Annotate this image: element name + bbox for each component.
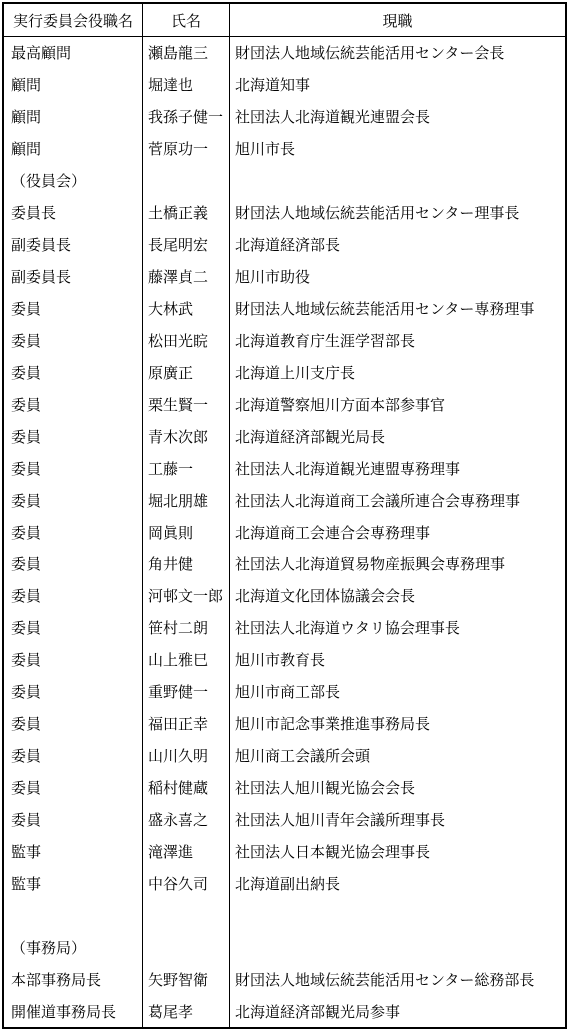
- position-cell: [4, 899, 143, 931]
- position-cell: （役員会）: [4, 165, 143, 197]
- table-row: 委員福田正幸旭川市記念事業推進事務局長: [4, 708, 565, 740]
- name-cell: 福田正幸: [143, 708, 230, 740]
- name-cell: 栗生賢一: [143, 388, 230, 420]
- table-row: 顧問我孫子健一社団法人北海道観光連盟会長: [4, 101, 565, 133]
- title-cell: 北海道文化団体協議会会長: [230, 580, 565, 612]
- position-cell: 委員: [4, 293, 143, 325]
- position-cell: 副委員長: [4, 261, 143, 293]
- title-cell: 社団法人北海道商工会議所連合会専務理事: [230, 484, 565, 516]
- name-cell: 山川久明: [143, 740, 230, 772]
- title-cell: 旭川商工会議所会頭: [230, 740, 565, 772]
- name-cell: 笹村二朗: [143, 612, 230, 644]
- title-cell: 社団法人日本観光協会理事長: [230, 835, 565, 867]
- table-row-section-label: （役員会）: [4, 165, 565, 197]
- table-row: 委員河邨文一郎北海道文化団体協議会会長: [4, 580, 565, 612]
- table-row: 委員盛永喜之社団法人旭川青年会議所理事長: [4, 804, 565, 836]
- position-cell: 委員: [4, 452, 143, 484]
- name-cell: 菅原功一: [143, 133, 230, 165]
- name-cell: 河邨文一郎: [143, 580, 230, 612]
- position-cell: 監事: [4, 867, 143, 899]
- table-row: 監事中谷久司北海道副出納長: [4, 867, 565, 899]
- table-row: 監事滝澤進社団法人日本観光協会理事長: [4, 835, 565, 867]
- position-cell: 委員: [4, 676, 143, 708]
- name-cell: 原廣正: [143, 356, 230, 388]
- title-cell: [230, 931, 565, 963]
- name-cell: 松田光睆: [143, 324, 230, 356]
- position-cell: 顧問: [4, 69, 143, 101]
- title-cell: 北海道上川支庁長: [230, 356, 565, 388]
- name-cell: 岡眞則: [143, 516, 230, 548]
- position-cell: 委員: [4, 388, 143, 420]
- title-cell: 北海道経済部観光局参事: [230, 995, 565, 1027]
- name-cell: 大林武: [143, 293, 230, 325]
- table-row: 委員稲村健蔵社団法人旭川観光協会会長: [4, 772, 565, 804]
- title-cell: 旭川市記念事業推進事務局長: [230, 708, 565, 740]
- position-cell: 委員: [4, 708, 143, 740]
- title-cell: 旭川市長: [230, 133, 565, 165]
- title-cell: 社団法人北海道観光連盟会長: [230, 101, 565, 133]
- title-cell: 社団法人北海道ウタリ協会理事長: [230, 612, 565, 644]
- header-cell-name: 氏名: [143, 4, 230, 36]
- name-cell: 山上雅巳: [143, 644, 230, 676]
- header-cell-title: 現職: [230, 4, 565, 36]
- position-cell: 委員: [4, 484, 143, 516]
- table-row: 副委員長長尾明宏北海道経済部長: [4, 229, 565, 261]
- position-cell: 委員: [4, 804, 143, 836]
- table-row: 委員山上雅巳旭川市教育長: [4, 644, 565, 676]
- table-row: 委員栗生賢一北海道警察旭川方面本部参事官: [4, 388, 565, 420]
- table-row: 委員大林武財団法人地域伝統芸能活用センター専務理事: [4, 293, 565, 325]
- title-cell: [230, 899, 565, 931]
- name-cell: 我孫子健一: [143, 101, 230, 133]
- position-cell: 委員: [4, 772, 143, 804]
- table-row: 副委員長藤澤貞二旭川市助役: [4, 261, 565, 293]
- name-cell: 盛永喜之: [143, 804, 230, 836]
- table-header-row: 実行委員会役職名 氏名 現職: [4, 4, 565, 37]
- position-cell: 委員: [4, 644, 143, 676]
- table-row: 委員青木次郎北海道経済部観光局長: [4, 420, 565, 452]
- position-cell: 開催道事務局長: [4, 995, 143, 1027]
- name-cell: 堀北朋雄: [143, 484, 230, 516]
- title-cell: 社団法人北海道貿易物産振興会専務理事: [230, 548, 565, 580]
- table-row: 委員松田光睆北海道教育庁生涯学習部長: [4, 324, 565, 356]
- position-cell: 委員: [4, 420, 143, 452]
- name-cell: 稲村健蔵: [143, 772, 230, 804]
- title-cell: 北海道商工会連合会専務理事: [230, 516, 565, 548]
- title-cell: 旭川市商工部長: [230, 676, 565, 708]
- title-cell: 北海道経済部観光局長: [230, 420, 565, 452]
- title-cell: 北海道警察旭川方面本部参事官: [230, 388, 565, 420]
- position-cell: 委員: [4, 548, 143, 580]
- title-cell: 社団法人旭川青年会議所理事長: [230, 804, 565, 836]
- position-cell: 委員: [4, 740, 143, 772]
- title-cell: 財団法人地域伝統芸能活用センター専務理事: [230, 293, 565, 325]
- title-cell: 財団法人地域伝統芸能活用センター会長: [230, 37, 565, 69]
- name-cell: [143, 165, 230, 197]
- title-cell: 財団法人地域伝統芸能活用センター総務部長: [230, 963, 565, 995]
- table-row: 顧問堀達也北海道知事: [4, 69, 565, 101]
- position-cell: 委員: [4, 356, 143, 388]
- name-cell: 瀬島龍三: [143, 37, 230, 69]
- title-cell: [230, 165, 565, 197]
- page: { "colors": { "border": "#000000", "back…: [0, 0, 571, 1032]
- table-row: 委員重野健一旭川市商工部長: [4, 676, 565, 708]
- table-row: 開催道事務局長葛尾孝北海道経済部観光局参事: [4, 995, 565, 1027]
- title-cell: 社団法人旭川観光協会会長: [230, 772, 565, 804]
- name-cell: [143, 931, 230, 963]
- position-cell: 副委員長: [4, 229, 143, 261]
- table-row: 委員山川久明旭川商工会議所会頭: [4, 740, 565, 772]
- table-row: 委員原廣正北海道上川支庁長: [4, 356, 565, 388]
- table-row-section-label: （事務局）: [4, 931, 565, 963]
- name-cell: 長尾明宏: [143, 229, 230, 261]
- name-cell: 矢野智衛: [143, 963, 230, 995]
- name-cell: 中谷久司: [143, 867, 230, 899]
- title-cell: 北海道副出納長: [230, 867, 565, 899]
- table-row-blank: [4, 899, 565, 931]
- title-cell: 財団法人地域伝統芸能活用センター理事長: [230, 197, 565, 229]
- table-row: 最高顧問瀬島龍三財団法人地域伝統芸能活用センター会長: [4, 37, 565, 69]
- table-row: 顧問菅原功一旭川市長: [4, 133, 565, 165]
- name-cell: [143, 899, 230, 931]
- title-cell: 北海道教育庁生涯学習部長: [230, 324, 565, 356]
- name-cell: 堀達也: [143, 69, 230, 101]
- position-cell: 本部事務局長: [4, 963, 143, 995]
- name-cell: 角井健: [143, 548, 230, 580]
- table-body: 最高顧問瀬島龍三財団法人地域伝統芸能活用センター会長 顧問堀達也北海道知事 顧問…: [4, 37, 565, 1027]
- position-cell: 最高顧問: [4, 37, 143, 69]
- title-cell: 北海道知事: [230, 69, 565, 101]
- table-row: 委員長土橋正義財団法人地域伝統芸能活用センター理事長: [4, 197, 565, 229]
- header-cell-position: 実行委員会役職名: [4, 4, 143, 36]
- table-row: 委員角井健社団法人北海道貿易物産振興会専務理事: [4, 548, 565, 580]
- position-cell: 委員長: [4, 197, 143, 229]
- name-cell: 重野健一: [143, 676, 230, 708]
- name-cell: 土橋正義: [143, 197, 230, 229]
- name-cell: 滝澤進: [143, 835, 230, 867]
- table-row: 委員岡眞則北海道商工会連合会専務理事: [4, 516, 565, 548]
- title-cell: 北海道経済部長: [230, 229, 565, 261]
- position-cell: 委員: [4, 516, 143, 548]
- table-row: 委員工藤一社団法人北海道観光連盟専務理事: [4, 452, 565, 484]
- position-cell: （事務局）: [4, 931, 143, 963]
- title-cell: 社団法人北海道観光連盟専務理事: [230, 452, 565, 484]
- name-cell: 葛尾孝: [143, 995, 230, 1027]
- table-row: 委員笹村二朗社団法人北海道ウタリ協会理事長: [4, 612, 565, 644]
- table-row: 本部事務局長矢野智衛財団法人地域伝統芸能活用センター総務部長: [4, 963, 565, 995]
- name-cell: 工藤一: [143, 452, 230, 484]
- table-row: 委員堀北朋雄社団法人北海道商工会議所連合会専務理事: [4, 484, 565, 516]
- position-cell: 顧問: [4, 101, 143, 133]
- title-cell: 旭川市教育長: [230, 644, 565, 676]
- committee-table: 実行委員会役職名 氏名 現職 最高顧問瀬島龍三財団法人地域伝統芸能活用センター会…: [2, 2, 567, 1029]
- name-cell: 藤澤貞二: [143, 261, 230, 293]
- name-cell: 青木次郎: [143, 420, 230, 452]
- position-cell: 顧問: [4, 133, 143, 165]
- position-cell: 委員: [4, 324, 143, 356]
- title-cell: 旭川市助役: [230, 261, 565, 293]
- position-cell: 委員: [4, 580, 143, 612]
- position-cell: 監事: [4, 835, 143, 867]
- position-cell: 委員: [4, 612, 143, 644]
